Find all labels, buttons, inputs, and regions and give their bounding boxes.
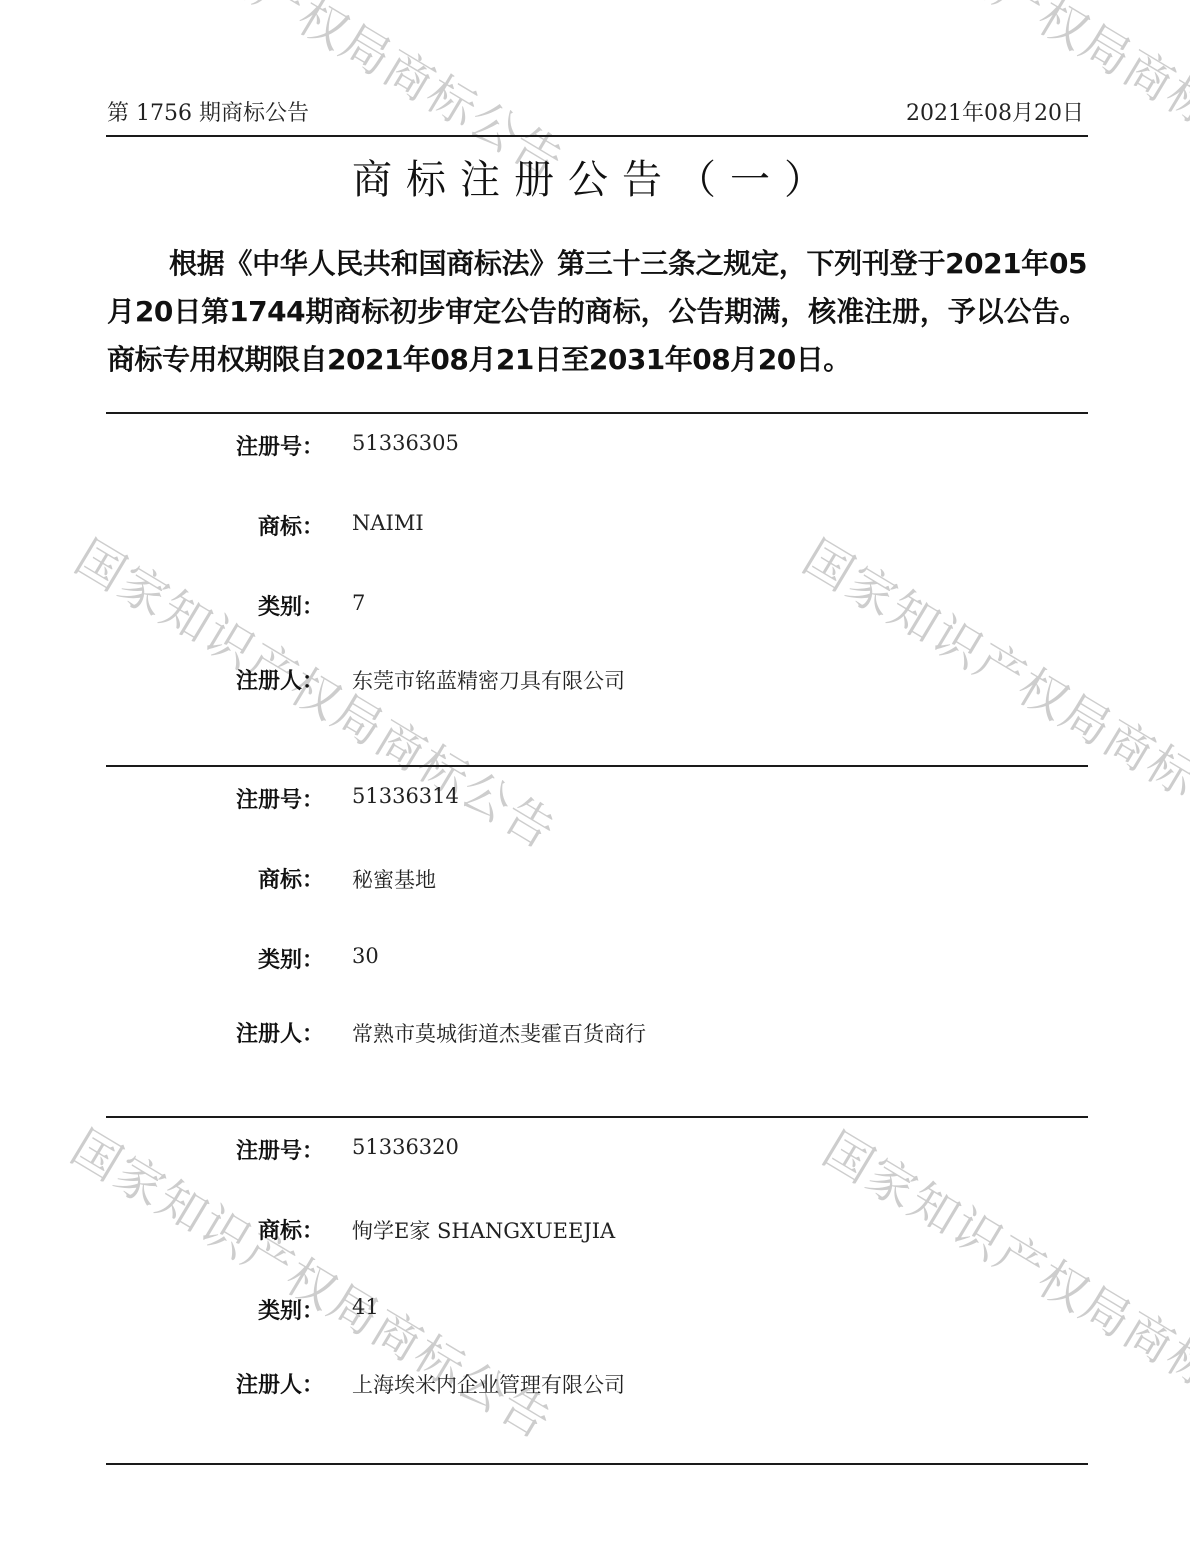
- reg-no-field: 注册号： 51336320: [0, 1134, 1190, 1164]
- mark-value: NAIMI: [352, 511, 424, 535]
- mark-label: 商标：: [258, 510, 324, 541]
- class-field: 类别： 7: [0, 590, 1190, 620]
- class-value: 30: [352, 944, 379, 968]
- announcement-page: 国家知识产权局商标公告 国家知识产权局商标公告 国家知识产权局商标公告 国家知识…: [0, 0, 1190, 1564]
- issue-number: 第 1756 期商标公告: [107, 96, 309, 127]
- class-field: 类别： 41: [0, 1294, 1190, 1324]
- reg-no-value: 51336314: [352, 784, 459, 808]
- registrant-value: 上海埃米内企业管理有限公司: [352, 1369, 625, 1399]
- mark-field: 商标： 秘蜜基地: [0, 863, 1190, 893]
- reg-no-label: 注册号：: [236, 783, 324, 814]
- class-field: 类别： 30: [0, 943, 1190, 973]
- intro-paragraph: 根据《中华人民共和国商标法》第三十三条之规定，下列刊登于2021年05月20日第…: [107, 240, 1087, 384]
- registrant-label: 注册人：: [236, 1368, 324, 1399]
- registrant-label: 注册人：: [236, 1017, 324, 1048]
- header-divider: [106, 135, 1088, 137]
- reg-no-value: 51336320: [352, 1135, 459, 1159]
- mark-field: 商标： NAIMI: [0, 510, 1190, 540]
- section-divider: [106, 1116, 1088, 1118]
- registrant-label: 注册人：: [236, 664, 324, 695]
- reg-no-field: 注册号： 51336305: [0, 430, 1190, 460]
- class-label: 类别：: [258, 1294, 324, 1325]
- class-label: 类别：: [258, 943, 324, 974]
- mark-value: 恂学E家 SHANGXUEEJIA: [352, 1215, 615, 1245]
- section-divider: [106, 1463, 1088, 1465]
- reg-no-label: 注册号：: [236, 1134, 324, 1165]
- publish-date: 2021年08月20日: [906, 96, 1084, 127]
- page-title: 商标注册公告（一）: [0, 148, 1190, 205]
- mark-label: 商标：: [258, 1214, 324, 1245]
- mark-label: 商标：: [258, 863, 324, 894]
- section-divider: [106, 412, 1088, 414]
- reg-no-field: 注册号： 51336314: [0, 783, 1190, 813]
- class-value: 7: [352, 591, 365, 615]
- registrant-field: 注册人： 东莞市铭蓝精密刀具有限公司: [0, 664, 1190, 694]
- mark-field: 商标： 恂学E家 SHANGXUEEJIA: [0, 1214, 1190, 1244]
- section-divider: [106, 765, 1088, 767]
- reg-no-value: 51336305: [352, 431, 459, 455]
- class-label: 类别：: [258, 590, 324, 621]
- registrant-value: 常熟市莫城街道杰斐霍百货商行: [352, 1018, 646, 1048]
- registrant-field: 注册人： 常熟市莫城街道杰斐霍百货商行: [0, 1017, 1190, 1047]
- mark-value: 秘蜜基地: [352, 864, 436, 894]
- registrant-value: 东莞市铭蓝精密刀具有限公司: [352, 665, 625, 695]
- reg-no-label: 注册号：: [236, 430, 324, 461]
- class-value: 41: [352, 1295, 379, 1319]
- registrant-field: 注册人： 上海埃米内企业管理有限公司: [0, 1368, 1190, 1398]
